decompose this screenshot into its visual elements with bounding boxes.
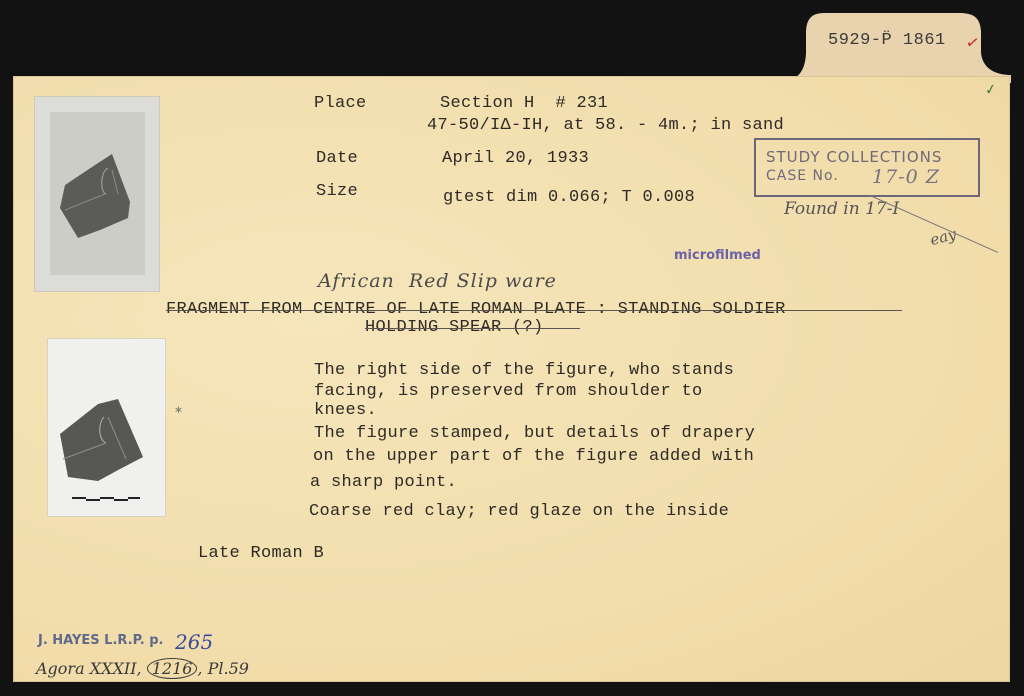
title-line1-strike	[166, 310, 902, 311]
place-label: Place	[314, 94, 367, 113]
hayes-number: 265	[175, 630, 213, 654]
place-value-line1: Section H # 231	[440, 94, 608, 113]
stamp-line2: CASE No.	[766, 168, 839, 184]
date-label: Date	[316, 149, 358, 168]
description-line4: The figure stamped, but details of drape…	[314, 424, 755, 443]
study-collections-stamp: STUDY COLLECTIONS CASE No. 17-0 Z	[754, 138, 980, 197]
description-line3: knees.	[314, 401, 377, 420]
ware-type: Late Roman B	[198, 544, 324, 563]
agora-suffix: , Pl.59	[197, 659, 249, 678]
ware-class-note: African Red Slip ware	[318, 270, 557, 292]
agora-prefix: Agora XXXII,	[36, 659, 142, 678]
agora-reference: Agora XXXII, 1216, Pl.59	[36, 658, 249, 679]
place-value-line2: 47-50/IΔ-IH, at 58. - 4m.; in sand	[427, 116, 784, 135]
sherd-photo-icon	[50, 112, 145, 275]
photo-top	[35, 97, 159, 291]
hayes-reference-stamp: J. HAYES L.R.P. p.	[38, 633, 163, 648]
photo-bottom	[48, 339, 165, 516]
description-line6: a sharp point.	[310, 473, 457, 492]
stamp-case-number: 17-0 Z	[872, 166, 940, 188]
green-checkmark-icon: ✓	[984, 81, 998, 99]
found-in-note: Found in 17-I	[784, 199, 899, 219]
description-line1: The right side of the figure, who stands	[314, 361, 734, 380]
clay-description: Coarse red clay; red glaze on the inside	[309, 502, 729, 521]
asterisk-mark: *	[175, 405, 182, 421]
date-value: April 20, 1933	[442, 149, 589, 168]
title-line2-strike	[365, 328, 580, 329]
sherd-scale-photo-icon	[48, 339, 165, 516]
microfilmed-stamp: microfilmed	[674, 248, 761, 263]
agora-circled-number: 1216	[147, 658, 198, 679]
stamp-line1: STUDY COLLECTIONS	[766, 148, 942, 166]
description-line2: facing, is preserved from shoulder to	[314, 382, 703, 401]
size-label: Size	[316, 182, 358, 201]
description-line5: on the upper part of the figure added wi…	[313, 447, 754, 466]
catalog-number: 5929-P̈ 1861	[828, 31, 946, 50]
size-value: gtest dim 0.066; T 0.008	[443, 188, 695, 207]
